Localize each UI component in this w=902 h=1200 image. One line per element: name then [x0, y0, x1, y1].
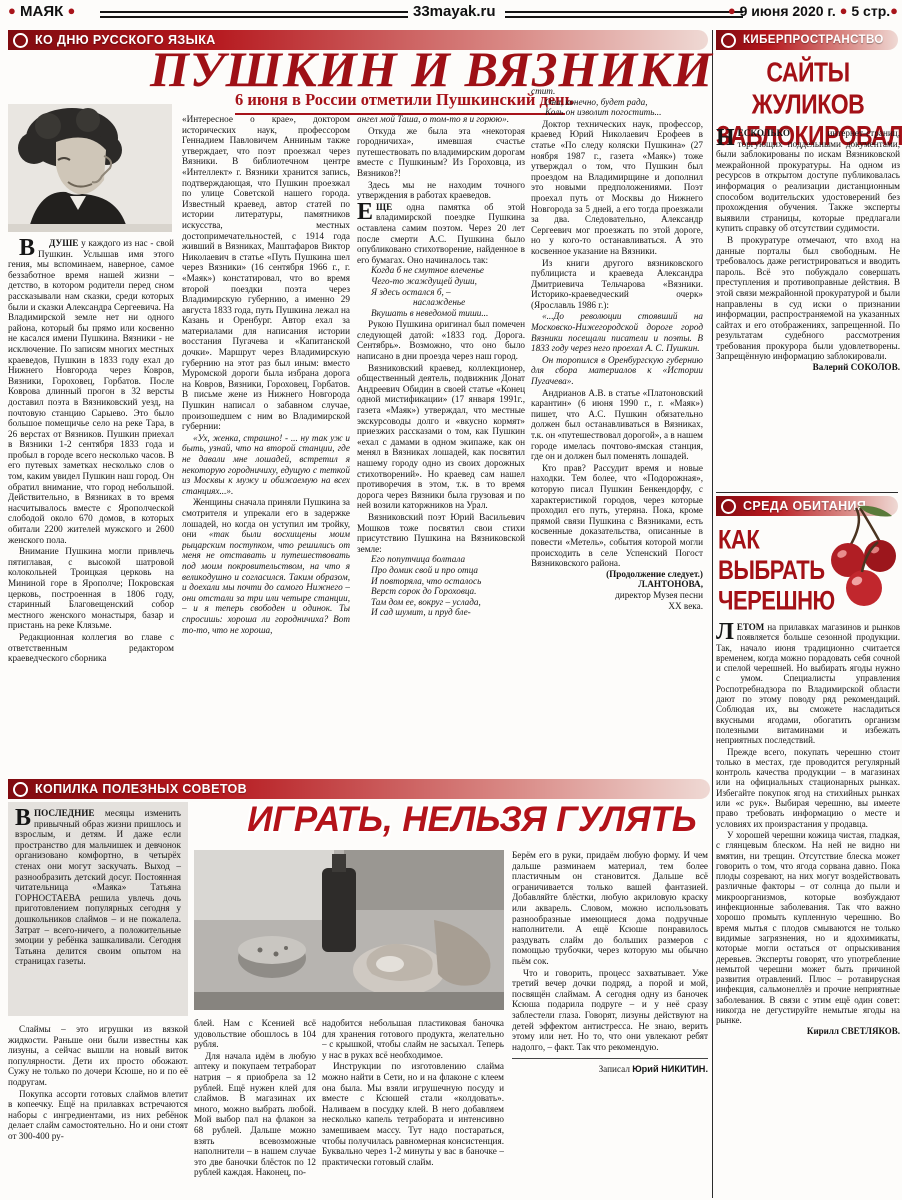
lead-word: ЕТОМ: [737, 622, 764, 632]
verse-line: Вкушать в неведомой тиши...: [371, 308, 525, 319]
cherry-article-body: ЛЕТОМ на прилавках магазинов и рынков по…: [716, 622, 900, 1182]
slime-intro-box: ВПОСЛЕДНИЕ месяцы изменить привычный обр…: [8, 802, 188, 1016]
masthead-rule: [100, 16, 408, 18]
verse-line: Она, конечно, будет рада,: [545, 97, 703, 108]
title-line: ЧЕРЕШНЮ: [718, 585, 843, 616]
title-line: САЙТЫ ЖУЛИКОВ: [716, 56, 900, 119]
verse-line: наслажденье: [413, 297, 525, 308]
bullet-ring-icon: [13, 33, 28, 48]
verse-line: Когда б не смутное влеченье: [371, 265, 525, 276]
paragraph: Слаймы – это игрушки из вязкой жидкости.…: [8, 1024, 188, 1088]
site-url: 33mayak.ru: [413, 3, 496, 20]
paragraph: ЛЕТОМ на прилавках магазинов и рынков по…: [716, 622, 900, 746]
masthead-brand: МАЯК: [20, 3, 63, 20]
cherries-drawing: [826, 502, 900, 616]
slime-photo-drawing: [194, 850, 504, 1010]
verse-line: Коль он изволит погостить...: [545, 107, 703, 118]
bullet-ring-icon: [13, 782, 28, 797]
column-divider: [712, 30, 713, 1198]
paragraph: Внимание Пушкина могли привлечь пятиглав…: [8, 546, 174, 631]
masthead-rule: [505, 16, 743, 18]
paragraph: Рукою Пушкина оригинал был помечен следу…: [357, 319, 525, 361]
paragraph: Вязниковский поэт Юрий Васильевич Мошков…: [357, 512, 525, 554]
lead-word: ЕСКОЛЬКО: [738, 128, 790, 138]
title-line: КАК ВЫБРАТЬ: [718, 524, 843, 585]
dot-icon: ●: [840, 3, 848, 18]
verse-line: стит.: [531, 86, 703, 97]
author-role: XX века.: [531, 601, 703, 612]
paragraph: Что и говорить, процесс захватывает. Уже…: [512, 968, 708, 1053]
paragraph-text: месяцы изменить привычный образ жизни пр…: [15, 808, 181, 966]
main-article-column-2: «Интересное о крае», доктором историческ…: [182, 114, 350, 776]
paragraph: Женщины сначала приняли Пушкина за смотр…: [182, 497, 350, 635]
paragraph: Берём его в руки, придаём любую форму. И…: [512, 850, 708, 967]
paragraph-text: на прилавках магазинов и рынков появляет…: [716, 622, 900, 745]
lead-word: ПОСЛЕДНИЕ: [34, 808, 95, 818]
paragraph: НЕСКОЛЬКО интернет-страниц, торгующих по…: [716, 128, 900, 234]
lead-word: ДУШЕ: [49, 238, 78, 248]
paragraph: Инструкции по изготовлению слайма можно …: [322, 1061, 504, 1167]
main-article-column-1: ВДУШЕ у каждого из нас - свой Пушкин. Ус…: [8, 238, 174, 776]
lead-word: ЩЕ: [376, 202, 392, 212]
paragraph: Из книги другого вязниковского публицист…: [531, 258, 703, 311]
paragraph: ВДУШЕ у каждого из нас - свой Пушкин. Ус…: [8, 238, 174, 545]
paragraph: Прежде всего, покупать черешню стоит тол…: [716, 747, 900, 829]
paragraph: В прокуратуре отмечают, что вход на данн…: [716, 235, 900, 362]
dot-icon: ●: [728, 3, 736, 18]
masthead-brand-group: ● МАЯК ●: [8, 3, 75, 20]
dropcap: Е: [357, 202, 376, 222]
slime-photo: [194, 850, 504, 1010]
paragraph: Откуда же была эта «некоторая городничих…: [357, 126, 525, 179]
verse-line: И сад шумит, и пруд бле-: [371, 607, 525, 618]
section-label: КИБЕРПРОСТРАНСТВО: [743, 34, 884, 46]
paragraph: Для начала идём в любую аптеку и покупае…: [194, 1051, 316, 1178]
paragraph: Кто прав? Рассудит время и новые находки…: [531, 463, 703, 569]
verse-line: Верст сорок до Гороховца.: [371, 586, 525, 597]
masthead-rule: [505, 11, 743, 13]
paragraph-text: интернет-страниц, торгующих поддельными …: [716, 128, 900, 233]
byline-prefix: Записал: [599, 1064, 633, 1074]
author-signature: Кирилл СВЕТЛЯКОВ.: [716, 1026, 900, 1036]
dropcap: Л: [716, 622, 737, 642]
issue-date: 9 июня 2020 г.: [740, 3, 836, 19]
paragraph: блей. Нам с Ксенией всё удовольствие обо…: [194, 1018, 316, 1050]
verse-line: Чего-то жаждущей души,: [371, 276, 525, 287]
paragraph: Покупка ассорти готовых слаймов влетит в…: [8, 1089, 188, 1142]
quote-paragraph: ангел мой Таша, о том-то я и горюю».: [357, 114, 525, 125]
slime-byline: Записал Юрий НИКИТИН.: [512, 1058, 708, 1075]
verse-line: Там дом ее, вокруг – услада,: [371, 597, 525, 608]
bullet-ring-icon: [721, 33, 736, 48]
masthead-issue-group: ● 9 июня 2020 г. ● 5 стр.●: [728, 3, 898, 19]
pushkin-portrait-image: [8, 104, 172, 232]
paragraph: ЕЩЕ одна памятка об этой владимирской по…: [357, 202, 525, 266]
main-article-column-4: стит. Она, конечно, будет рада, Коль он …: [531, 86, 703, 776]
to-be-continued-note: (Продолжение следует.): [531, 569, 703, 580]
paragraph: «Интересное о крае», доктором историческ…: [182, 114, 350, 432]
slime-column-3: надобится небольшая пластиковая баночка …: [322, 1018, 504, 1198]
author-role: директор Музея песни: [531, 590, 703, 601]
bullet-ring-icon: [721, 499, 736, 514]
verse-line: Его попутчица болтала: [371, 554, 525, 565]
author-signature: Валерий СОКОЛОВ.: [716, 362, 900, 373]
dropcap: Н: [716, 128, 738, 148]
slime-article-headline: ИГРАТЬ, НЕЛЬЗЯ ГУЛЯТЬ: [233, 800, 711, 840]
newspaper-page: ● МАЯК ● 33mayak.ru ● 9 июня 2020 г. ● 5…: [0, 0, 902, 1200]
paragraph: Вязниковский краевед, коллекционер, обще…: [357, 363, 525, 511]
masthead-rule: [100, 11, 408, 13]
dropcap: В: [8, 238, 38, 258]
section-bar-cyberspace: КИБЕРПРОСТРАНСТВО: [716, 30, 898, 50]
cherry-article-title: КАК ВЫБРАТЬ ЧЕРЕШНЮ: [718, 524, 843, 616]
paragraph: Андрианов А.В. в статье «Платоновский ка…: [531, 388, 703, 462]
paragraph-text: у каждого из нас - свой Пушкин. Услышав …: [8, 238, 174, 545]
author-signature: Л.АНТОНОВА,: [531, 579, 703, 590]
pushkin-portrait-drawing: [8, 104, 172, 232]
verse-line: И повторяла, что осталось: [371, 576, 525, 587]
divider-line: [716, 492, 898, 493]
main-subheadline: 6 июня в России отметили Пушкинский день: [235, 90, 565, 115]
verse-line: Про домик свой и про отца: [371, 565, 525, 576]
byline-name: Юрий НИКИТИН.: [632, 1064, 708, 1074]
dot-icon: ●: [8, 3, 16, 18]
paragraph: Редакционная коллегия во главе с ответст…: [8, 632, 174, 664]
paragraph: надобится небольшая пластиковая баночка …: [322, 1018, 504, 1060]
section-bar-useful-tips: КОПИЛКА ПОЛЕЗНЫХ СОВЕТОВ: [8, 779, 710, 799]
cherries-image: [826, 502, 900, 616]
dot-icon: ●: [890, 3, 898, 18]
cyber-article-body: НЕСКОЛЬКО интернет-страниц, торгующих по…: [716, 128, 900, 490]
paragraph: ВПОСЛЕДНИЕ месяцы изменить привычный обр…: [15, 808, 181, 967]
dropcap: В: [15, 808, 34, 828]
page-number: 5 стр.: [851, 3, 890, 19]
section-label: КОПИЛКА ПОЛЕЗНЫХ СОВЕТОВ: [35, 782, 247, 796]
quote-paragraph: «Ух, женка, страшно! - ... ну так уж и б…: [182, 433, 350, 497]
paragraph: Доктор технических наук, профессор, крае…: [531, 119, 703, 257]
quote-paragraph: «...До революции стоявший на Московско-Н…: [531, 311, 703, 353]
slime-column-1: Слаймы – это игрушки из вязкой жидкости.…: [8, 1024, 188, 1198]
quote-text: «так были восхищены моим рыцарским посту…: [182, 529, 350, 634]
main-article-column-3: ангел мой Таша, о том-то я и горюю». Отк…: [357, 114, 525, 776]
slime-column-4: Берём его в руки, придаём любую форму. И…: [512, 850, 708, 1198]
slime-column-2: блей. Нам с Ксенией всё удовольствие обо…: [194, 1018, 316, 1198]
dot-icon: ●: [67, 3, 75, 18]
quote-paragraph: Он торопился в Оренбургскую губернию для…: [531, 355, 703, 387]
paragraph: Здесь мы не находим точного утверждения …: [357, 180, 525, 201]
paragraph: У хорошей черешни кожица чистая, гладкая…: [716, 830, 900, 1026]
verse-line: Я здесь остался б, –: [371, 287, 525, 298]
